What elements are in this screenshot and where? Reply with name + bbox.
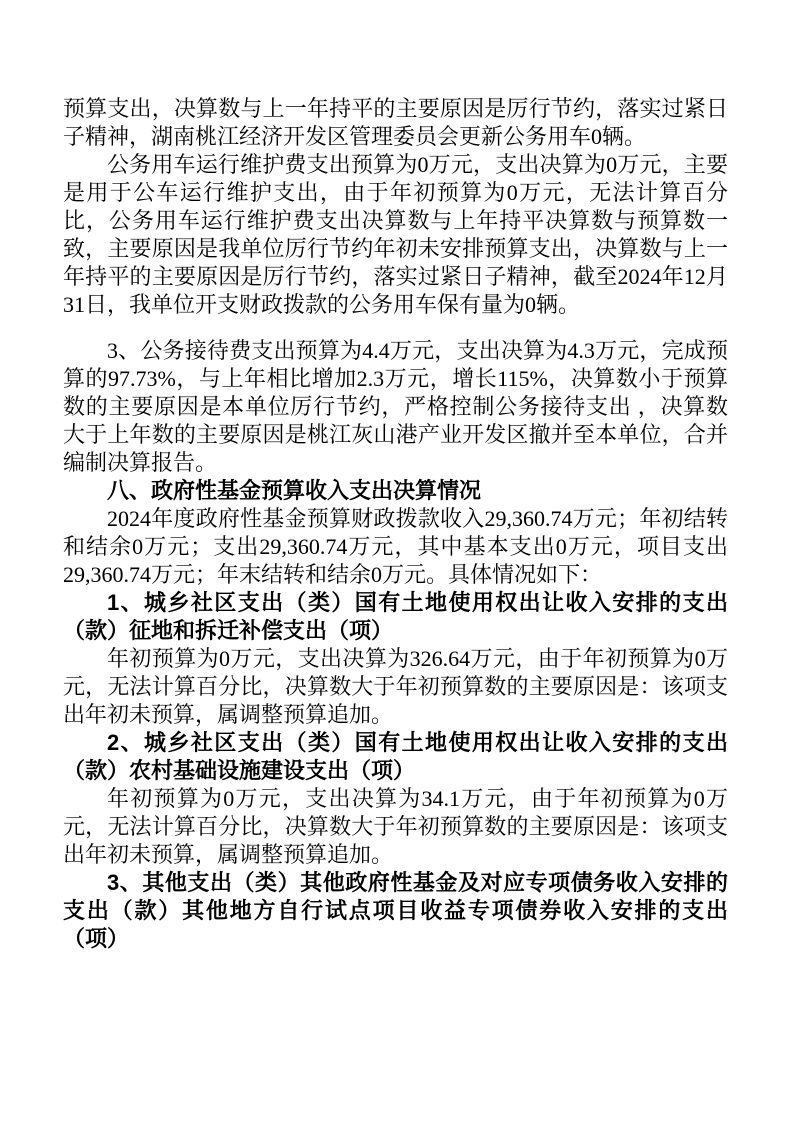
paragraph-item-1-detail: 年初预算为0万元，支出决算为326.64万元，由于年初预算为0万元，无法计算百分… [63, 645, 728, 729]
heading-item-3-other-special-bond-expense: 3、其他支出（类）其他政府性基金及对应专项债务收入安排的支出（款）其他地方自行试… [63, 869, 728, 953]
paragraph-fund-budget-summary: 2024年度政府性基金预算财政拨款收入29,360.74万元；年初结转和结余0万… [63, 505, 728, 589]
heading-section-eight-government-fund-budget: 八、政府性基金预算收入支出决算情况 [63, 477, 728, 505]
blank-line [63, 319, 728, 337]
paragraph-item-2-detail: 年初预算为0万元，支出决算为34.1万元，由于年初预算为0万元，无法计算百分比，… [63, 785, 728, 869]
paragraph-official-reception-expense: 3、公务接待费支出预算为4.4万元，支出决算为4.3万元，完成预算的97.73%… [63, 337, 728, 477]
heading-item-2-rural-infrastructure: 2、城乡社区支出（类）国有土地使用权出让收入安排的支出（款）农村基础设施建设支出… [63, 729, 728, 785]
document-page: 预算支出，决算数与上一年持平的主要原因是厉行节约，落实过紧日子精神，湖南桃江经济… [0, 0, 793, 1122]
heading-item-1-land-requisition-compensation: 1、城乡社区支出（类）国有土地使用权出让收入安排的支出（款）征地和拆迁补偿支出（… [63, 589, 728, 645]
paragraph-vehicle-maintenance-expense: 公务用车运行维护费支出预算为0万元，支出决算为0万元，主要是用于公车运行维护支出… [63, 151, 728, 319]
document-text-block: 预算支出，决算数与上一年持平的主要原因是厉行节约，落实过紧日子精神，湖南桃江经济… [63, 95, 728, 953]
paragraph-vehicle-update-carryover: 预算支出，决算数与上一年持平的主要原因是厉行节约，落实过紧日子精神，湖南桃江经济… [63, 95, 728, 151]
